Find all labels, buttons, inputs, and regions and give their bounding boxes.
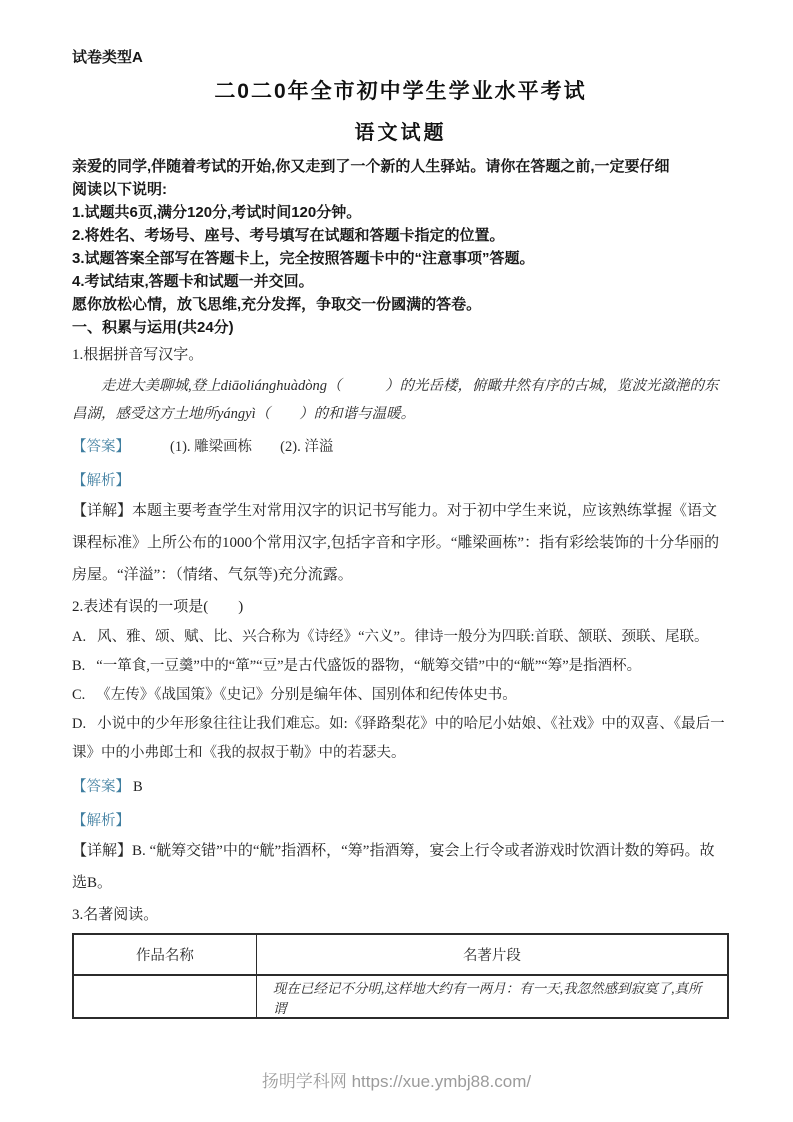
instruction-item-4: 4.考试结束,答题卡和试题一并交回。 (72, 270, 729, 293)
option-b: B.“一箪食,一豆羹”中的“箪”“豆”是古代盛饭的器物，“觥筹交错”中的“觥”“… (72, 652, 729, 681)
paper-type-label: 试卷类型A (72, 46, 729, 67)
q2-detail: 【详解】B. “觥筹交错”中的“觥”指酒杯，“筹”指酒筹，宴会上行令或者游戏时饮… (72, 835, 729, 899)
table-header-excerpt: 名著片段 (256, 934, 728, 975)
famous-works-table: 作品名称 名著片段 现在已经记不分明,这样地大约有一两月：有一天,我忽然感到寂寞… (72, 933, 729, 1019)
q2-answer-row: 【答案】B (72, 776, 729, 798)
instruction-item-2: 2.将姓名、考场号、座号、考号填写在试题和答题卡指定的位置。 (72, 224, 729, 247)
q1-detail: 【详解】本题主要考查学生对常用汉字的识记书写能力。对于初中学生来说，应该熟练掌握… (72, 495, 729, 591)
table-row: 现在已经记不分明,这样地大约有一两月：有一天,我忽然感到寂寞了,真所谓 (73, 975, 728, 1018)
q1-analysis-row: 【解析】 (72, 470, 729, 492)
option-c: C.《左传》《战国策》《史记》分别是编年体、国别体和纪传体史书。 (72, 681, 729, 710)
exam-title: 二0二0年全市初中学生学业水平考试 (72, 77, 729, 107)
question-3: 3.名著阅读。 作品名称 名著片段 现在已经记不分明,这样地大约有一两月：有一天… (72, 904, 729, 1019)
q2-analysis-row: 【解析】 (72, 810, 729, 832)
q2-answer-label: 【答案】 (72, 779, 130, 795)
option-d-text: 小说中的少年形象往往让我们难忘。如:《驿路梨花》中的哈尼小姑娘、《社戏》中的双喜… (72, 716, 725, 761)
table-header-row: 作品名称 名著片段 (73, 934, 728, 975)
table-cell-work-title (73, 975, 256, 1018)
intro-line-2: 阅读以下说明: (72, 178, 729, 201)
q2-analysis-label: 【解析】 (72, 813, 130, 829)
q2-answer-value: B (133, 779, 143, 795)
instruction-item-1: 1.试题共6页,满分120分,考试时间120分钟。 (72, 201, 729, 224)
table-cell-excerpt: 现在已经记不分明,这样地大约有一两月：有一天,我忽然感到寂寞了,真所谓 (256, 975, 728, 1018)
option-a-letter: A. (72, 629, 86, 645)
instruction-item-3: 3.试题答案全部写在答题卡上，完全按照答题卡中的“注意事项”答题。 (72, 247, 729, 270)
footer-watermark: 扬明学科网 https://xue.ymbj88.com/ (0, 1067, 793, 1092)
option-d: D.小说中的少年形象往往让我们难忘。如:《驿路梨花》中的哈尼小姑娘、《社戏》中的… (72, 710, 729, 768)
table-header-work-title: 作品名称 (73, 934, 256, 975)
q1-answer-row: 【答案】(1). 雕梁画栋(2). 洋溢 (72, 436, 729, 458)
option-b-letter: B. (72, 658, 85, 674)
q1-answer-label: 【答案】 (72, 439, 130, 455)
q1-answer-item-2: (2). 洋溢 (280, 439, 333, 455)
q2-stem: 2.表述有误的一项是( ) (72, 596, 729, 618)
q1-passage: 走进大美聊城,登上diāoliánghuàdòng（ ）的光岳楼，俯瞰井然有序的… (72, 372, 729, 428)
q2-options: A.风、雅、颂、赋、比、兴合称为《诗经》“六义”。律诗一般分为四联:首联、颔联、… (72, 623, 729, 768)
intro-line-1: 亲爱的同学,伴随着考试的开始,你又走到了一个新的人生驿站。请你在答题之前,一定要… (72, 155, 729, 178)
option-c-text: 《左传》《战国策》《史记》分别是编年体、国别体和纪传体史书。 (96, 687, 517, 703)
option-c-letter: C. (72, 687, 85, 703)
question-2: 2.表述有误的一项是( ) A.风、雅、颂、赋、比、兴合称为《诗经》“六义”。律… (72, 596, 729, 899)
question-1: 1.根据拼音写汉字。 走进大美聊城,登上diāoliánghuàdòng（ ）的… (72, 344, 729, 591)
q1-stem: 1.根据拼音写汉字。 (72, 344, 729, 366)
exam-document: 试卷类型A 二0二0年全市初中学生学业水平考试 语文试题 亲爱的同学,伴随着考试… (0, 0, 793, 1019)
option-a: A.风、雅、颂、赋、比、兴合称为《诗经》“六义”。律诗一般分为四联:首联、颔联、… (72, 623, 729, 652)
q1-analysis-label: 【解析】 (72, 473, 130, 489)
q3-stem: 3.名著阅读。 (72, 904, 729, 926)
q1-answer-item-1: (1). 雕梁画栋 (170, 439, 252, 455)
option-a-text: 风、雅、颂、赋、比、兴合称为《诗经》“六义”。律诗一般分为四联:首联、颔联、颈联… (97, 629, 708, 645)
option-d-letter: D. (72, 716, 86, 732)
exam-subtitle: 语文试题 (72, 119, 729, 147)
option-b-text: “一箪食,一豆羹”中的“箪”“豆”是古代盛饭的器物，“觥筹交错”中的“觥”“筹”… (96, 658, 641, 674)
wish-line: 愿你放松心情，放飞思维,充分发挥，争取交一份國满的答卷。 (72, 293, 729, 316)
section-heading: 一、积累与运用(共24分) (72, 316, 729, 339)
